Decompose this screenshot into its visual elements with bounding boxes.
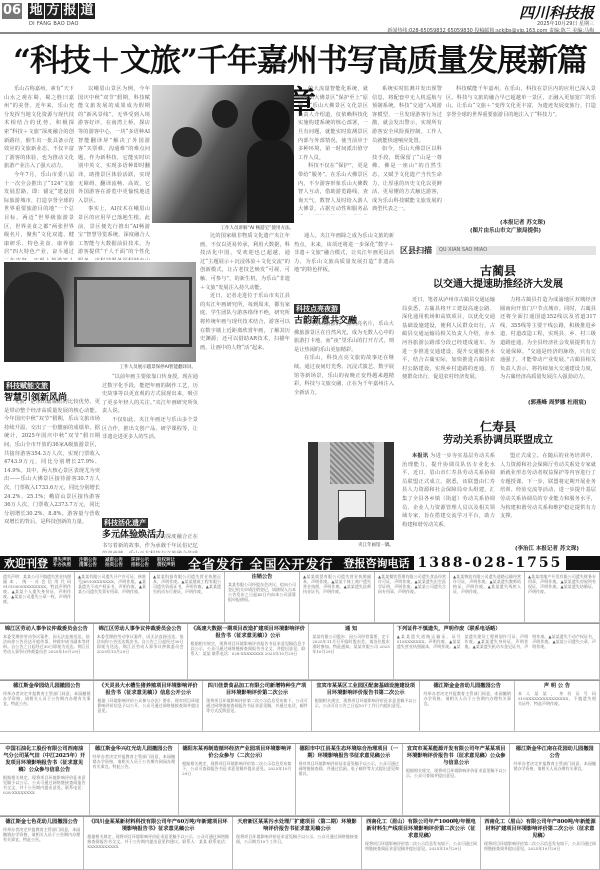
paragraph-text: 为进一步夯实基层劳动关系治理能力，提升协调员队伍专业化水平，近日，眉山市仁寿县劳… <box>402 453 495 528</box>
photo-jiajiang-painting-hall <box>308 442 394 540</box>
person-shape <box>252 100 290 142</box>
page-number: 06 <box>2 3 22 19</box>
article-credit: (李治江 本报记者 苏文琛) <box>515 544 579 552</box>
paragraph: 本报讯 为进一步夯实基层劳动关系治理能力，提升协调员队伍专业化水平，近日，眉山市… <box>402 452 495 529</box>
public-notice: 《天灵县大水槽生猪养殖项目环境影响评价报告书（征求意见稿）》信息公开公示根据《环… <box>94 681 203 732</box>
ad-body: 某某有限公司经股东会决议，拟向公司登记机关申请注销登记，请债权人自本公告发布之日… <box>228 582 296 602</box>
person-shape <box>212 100 238 128</box>
ad-category: 股权转让 债权声明 <box>156 558 182 568</box>
ad-body: 根据相关规定，现将项目环境影响评价第二次公示信息发布如下，公众可查阅报告书征求意… <box>182 761 291 776</box>
ad-banner: 欢迎刊登 遗失声明 补办执照 注销公告 清算公告 减资公告 拍卖公告 环评公示 … <box>0 556 600 570</box>
ad-body: 现将项目环境影响评价第二次公示信息发布如下，公众可通过网络链接查阅报告书征求意见… <box>206 698 308 713</box>
public-notice: 锦江区劳动人事争议仲裁委员会公告本委受理的劳动争议案件，因无法直接送达，依法向你… <box>94 624 188 680</box>
subsection-tag: 科技活化遗产 <box>102 518 148 528</box>
paragraph: 事实上，AI技术在峨眉山景区的应用早已落地生根。此前，景区便先行推出“AI畅游宝… <box>78 205 150 260</box>
ad-title: 德阳市中江县某生态环境综合治理项目（一期）环境影响报告书征求意见稿公示 <box>299 746 399 760</box>
ad-title: 注销公告 <box>228 574 296 581</box>
mid-column-3: 通人。夹江年画除之成为乐山文旅的新热点，未来，该项还将进一步深化“数字＋非遗＋文… <box>294 232 394 294</box>
ad-phone-number: 1388-028-1755 <box>414 556 567 570</box>
paragraph: 文旅，是乐山最耀眼的比较优势，更是带动整个经济高质量发展的核心动能。今年国庆中秋… <box>4 398 100 527</box>
public-notice: 声 明 公 告本人某某，身份证号码510XXXXXXXXXXXXXXX，不慎遗失… <box>515 681 600 732</box>
ad-body: 根据相关规定，现将项目环境影响评价征求意见稿予以公示，公众可自公告之日起10个工… <box>315 698 417 708</box>
photo-caption: 夹江年画馆一隅。 <box>308 542 394 548</box>
section-char: 地 <box>28 3 44 19</box>
lead-article-col3: 的大流量智能化系统，就是乐山大佛景区“保护至上”原则。“乐山大佛景区文化景区负责… <box>298 85 368 215</box>
paragraph: 在乐山，科技点亮文旅的故事还在继续。通过夜间灯光秀、沉浸式演艺、数字展馆等新场景… <box>294 354 394 397</box>
ad-category: 环评公示 招标公告 <box>130 558 156 568</box>
classified-ad: 遗失声明：某某公司不慎遗失营业执照副本，统一社会信用代码91510000XXXX… <box>0 572 75 623</box>
county-article-col1: 近日，笔者从泸州市古蔺县交通运输局获悉，古蔺县将开工建设高速公路、深化通用机场和… <box>402 296 495 406</box>
ad-title: 中国石油化工股份有限公司西南油气分公司某气田（中江2025年）开发项目环境影响报… <box>3 746 86 774</box>
county-article-col2: 力将古蔺县打造为成渝地区双城经济圈南向开放门户节点城市。同时，古蔺县还将全面打通… <box>500 296 596 396</box>
classified-ad: ▲某某有限公司遗失开户许可证，核准号J6510XXXXXXX，声明作废。▲某某遗… <box>75 572 150 623</box>
public-notice: 宜宾市某某区工业园区配套基础设施建设项目环境影响评价报告书第二次公示根据相关规定… <box>312 681 421 732</box>
section-char: 道 <box>79 3 95 19</box>
classified-ad: 注销公告某某有限公司经股东会决议，拟向公司登记机关申请注销登记，请债权人自本公告… <box>225 572 300 623</box>
paragraph: 通人。夹江年画除之成为乐山文旅的新热点，未来，该项还将进一步深化“数字＋非遗＋文… <box>294 232 394 275</box>
article-title-line1: 古蔺县 <box>400 264 596 278</box>
ad-title: 天府新区某某污水处理厂扩建项目（第二期）环境影响评价报告书征求意见稿公示 <box>236 819 358 833</box>
article-title-line2: 劳动关系协调员联盟成立 <box>400 435 596 447</box>
subsection-body: 文旅，是乐山最耀眼的比较优势，更是带动整个经济高质量发展的核心动能。今年国庆中秋… <box>4 398 100 553</box>
ad-title: 德江斯金华兴红光幼儿园撤园公告 <box>93 746 176 753</box>
ad-banner-label: 欢迎刊登 <box>0 556 52 570</box>
ad-title: 宜宾市某某区工业园区配套基础设施建设项目环境影响评价报告书第二次公示 <box>315 683 417 697</box>
ad-body: 根据《环境影响评价公众参与办法》要求，现对项目环境影响评价信息予以公开，公众可通… <box>97 698 199 713</box>
ad-title: 德江斯金金音幼儿园撤园公告 <box>423 683 510 690</box>
ad-body: 现对项目环境影响评价征求意见稿予以公示，公众可通过网络链接查阅，并通过信函、电子… <box>299 761 399 776</box>
paragraph: 科技不仅在“保护”，更是带给“服务”。在乐山大佛景区内，不少游客形象乐山大佛数智… <box>298 162 368 215</box>
public-notice: 中国石油化工股份有限公司西南油气分公司某气田（中江2025年）开发项目环境影响报… <box>0 744 90 816</box>
ad-body: 本人某某，身份证号码510XXXXXXXXXXXXXXX，不慎遗失相关证件，特此… <box>518 691 596 706</box>
paragraph: 盟正式成立。在随后的业务培训中，人力资源和社会保障厅劳动关系处专家就新就业形态劳… <box>500 452 596 521</box>
public-notice: 下列证件不慎遗失，声明作废（联系电话略）▲某某遗失道路运输证，证号510XXXX… <box>394 624 600 680</box>
classified-ads-row: 锦江区劳动人事争议仲裁委员会公告本委受理的劳动争议案件，因无法直接送达，依法向你… <box>0 623 600 680</box>
ad-body: 经举办者决定并报教育主管部门同意，本园撤销办学资格，请相关人员于公告期内办理有关… <box>423 691 510 706</box>
paragraph: 近日，记者走进位于乐山市夹江县的夹江年画研究所，每到周末，都有家庭、学生团队与游… <box>200 292 290 352</box>
paragraph: 系统实时监测并发出预警信息，将配套中无人机巡航与预制系统。科技“交通”入境游客模… <box>372 85 442 145</box>
public-notice: 德阳市中江县某生态环境综合治理项目（一期）环境影响报告书征求意见稿公示现对项目环… <box>296 744 403 816</box>
public-notice: 天府新区某某污水处理厂扩建项目（第二期）环境影响评价报告书征求意见稿公示现将项目… <box>233 817 362 870</box>
ad-body: ▲某某餐饮管理有限公司遗失食品经营许可证，声明作废。▲某某遗失出生医学证明，声明… <box>378 574 446 594</box>
ad-phone-label: 登报咨询电话 <box>340 556 414 570</box>
lead-tag: 本报讯 <box>412 453 428 459</box>
ad-title: 西南化工（眉山）有限公司年产800吨/年新能源材料扩建项目环境影响评价第二次公示… <box>484 819 596 840</box>
ad-title: 锦江区劳动人事争议仲裁委员会公告 <box>3 626 90 633</box>
paragraph: 近日，笔者从泸州市古蔺县交通运输局获悉，古蔺县将开工建设高速公路、深化通用机场和… <box>402 296 495 382</box>
ad-body: 现将项目环境影响评价第二次公示信息发布如下，公众可通过网络链接查阅征求意见稿并提… <box>365 841 477 851</box>
ad-body: ▲某某物流有限公司遗失道路运输经营许可证，声明作废。▲某某遗失教师资格证，声明作… <box>453 574 521 594</box>
painting-shape <box>330 442 374 484</box>
ad-title: 宜宾市某某能源开发有限公司年产某某项目环境影响评价报告书（征求意见稿）公众参与信… <box>406 746 506 767</box>
photo-credit: (图片由乐山市文广旅局提供) <box>470 226 541 234</box>
masthead: 06 地 方 报 道 DI FANG BAO DAO 四川科技报 2025年10… <box>0 0 600 34</box>
ad-title: 德阳东某再制造循环经济产业园项目环境影响评价公众参与（二次公示） <box>182 746 291 760</box>
ad-body: 遗失声明：某某公司不慎遗失营业执照副本，统一社会信用代码91510000XXXX… <box>3 574 71 604</box>
person-shape <box>172 127 202 157</box>
ad-body: ▲某某商贸有限公司遗失营业执照副本，声明作废。▲某某个体工商户遗失营业执照，声明… <box>303 574 371 594</box>
lead-article-col5: 科技赋能千年嘉州，在乐山，科技在景区内的应用已深入景区。科技与文旅的融合早已超越… <box>446 85 596 215</box>
public-notice: 德江斯金金音幼儿园撤园公告经举办者决定并报教育主管部门同意，本园撤销办学资格，请… <box>420 681 514 732</box>
subsection-body: 在乐山，科技与文旅的深度融合正在书写着新的故事。作为承载千年民俗记忆的嘉州城，乐… <box>102 533 198 553</box>
article-title-line1: 仁寿县 <box>400 420 596 434</box>
paragraph: “以前年画主要依靠口传身授，现在通过数字化手段，能把年画的制作工艺、历史故事等以… <box>102 373 198 416</box>
ad-body: 根据相关规定，现将项目环境影响评价征求意见稿予以公示，公众可通过网络链接查阅报告… <box>3 775 86 795</box>
subsection-tag: 科技点亮夜游 <box>294 304 340 314</box>
lead-article-col1: 乐山古称嘉州，素有“天下山水之观在蜀，蜀之胜曰嘉州”的美誉。近年来，乐山充分发挥… <box>4 85 74 260</box>
ad-body: 本委受理的劳动争议案件，因无法直接送达，依法向你公告送达裁决书。自公告之日起经过… <box>97 634 184 654</box>
public-notice: 德江斯金华江南在花园幼儿园撤园公告经举办者决定并报教育主管部门同意，本园撤销办学… <box>510 744 600 816</box>
ad-body: ▲某某有限公司遗失开户许可证，核准号J6510XXXXXXX，声明作废。▲某某遗… <box>78 574 146 594</box>
paragraph: 的大流量智能化系统，就是乐山大佛景区“保护至上”原则。“乐山大佛景区文化景区负责… <box>298 85 368 162</box>
photo-caption: 工作人员展示越景保停AI智能翻译屏。 <box>4 364 196 370</box>
public-notice: 宜宾市某某能源开发有限公司年产某某项目环境影响评价报告书（征求意见稿）公众参与信… <box>403 744 510 816</box>
classified-ad: ▲某某物流有限公司遗失道路运输经营许可证，声明作废。▲某某遗失教师资格证，声明作… <box>450 572 525 623</box>
contact-info: 新闻热线:028-65059832 65059830 投稿邮箱:sckjbs@v… <box>387 27 594 34</box>
person-shape <box>247 140 294 223</box>
ad-title: 西南化工（眉山）有限公司年产1000吨/年锂电新材料生产线项目环境影响评价第二次… <box>365 819 477 840</box>
classified-ad: ▲某某科技有限公司遗失营业执照正本，声明作废。▲某某建筑工程有限公司遗失资质证书… <box>150 572 225 623</box>
mid-column-2: 比的国家级非物质文化遗产夹江年画，不仅以更易传承，利用大数据，科技活化中国，受欢… <box>200 232 290 554</box>
ad-body: 经举办者决定并报教育主管部门同意，本园撤销办学资格，请相关人员于公告期内到园办理… <box>93 754 176 769</box>
ad-title: 德江斯金华江南在花园幼儿园撤园公告 <box>513 746 596 760</box>
section-title: 地 方 报 道 <box>28 3 95 19</box>
public-notice: 西南化工（眉山）有限公司年产800吨/年新能源材料扩建项目环境影响评价第二次公示… <box>481 817 600 870</box>
paragraph: 如今，乐山大佛景区以科技手段，既保留了“山是一尊佛，佛是一座山”的自然生态，又赋… <box>372 145 442 214</box>
article-title-line2: 以交通大提速助推经济大发展 <box>400 279 596 291</box>
public-notice: 德江斯金七色花幼儿园撤园公告经举办者决定并报教育主管部门同意，本园撤销办学资格，… <box>0 817 84 870</box>
photo-caption: 工作人员讲解“AI 畅游宝”使用方法。 <box>152 225 294 231</box>
ad-body: 某某有限公司股东：因公司经营需要，定于2025年11月召开临时股东会，请各位股东… <box>312 634 389 654</box>
ad-title: 德江斯金七色花幼儿园撤园公告 <box>3 819 80 826</box>
section-pinyin: DI FANG BAO DAO <box>29 21 79 27</box>
classified-ad: ▲某某商贸有限公司遗失营业执照副本，声明作废。▲某某个体工商户遗失营业执照，声明… <box>300 572 375 623</box>
ad-body: ▲某某遗失道路运输证，证号510XXXXXXX，声明作废。▲某某遗失营业执照副本… <box>397 634 596 649</box>
ad-body: 经举办者决定并报教育主管部门同意，本园撤销办学资格，请相关人员办理有关事宜。 <box>513 761 596 771</box>
ad-body: 现将项目环境影响评价征求意见稿予以公示，公众可通过网络链接查阅，公示期为10个工… <box>236 834 358 844</box>
classified-ads-row: 德江斯金七色花幼儿园撤园公告经举办者决定并报教育主管部门同意，本园撤销办学资格，… <box>0 816 600 870</box>
paragraph: 作为乐山旅游的一张响亮名片，乐山大佛旅游景区在自然风光，成为无数人心中的旅游打卡… <box>294 320 394 354</box>
county-sweep-header: 区县扫描 QU XIAN SAO MIAO <box>400 245 596 256</box>
county-sweep-pinyin: QU XIAN SAO MIAO <box>436 246 596 255</box>
paragraph: 不仅如此，夹江年画还与乐山多个景区合作，推出文创产品、研学课程等，让非遗走进更多… <box>102 416 198 442</box>
ad-body: 经举办者决定并报教育主管部门同意，本园撤销办学资格，请相关人员于公告期内办理有关… <box>3 827 80 842</box>
public-notice: 《四川金某某新材料科技有限公司年产60万吨/年新建项目环境影响报告书》征求意见稿… <box>84 817 233 870</box>
photo-ai-guide-demo <box>152 85 294 223</box>
public-notice: 西南化工（眉山）有限公司年产1000吨/年锂电新材料生产线项目环境影响评价第二次… <box>362 817 481 870</box>
ad-title: 通 知 <box>312 626 389 633</box>
ad-title: 德江斯金帝园幼儿园撤园公告 <box>3 683 90 690</box>
paragraph: 以峨眉山景区为例，今年国庆中秋“双节”假期，科技赋能文旅发展的成果成为假期的“新… <box>78 85 150 205</box>
section-char: 报 <box>62 3 78 19</box>
section-char: 方 <box>45 3 61 19</box>
classified-ad: ▲某某房地产开发有限公司遗失财务专用章，声明作废。▲某某遗失房屋所有权证，声明作… <box>525 572 600 623</box>
classified-ads-row: 德江斯金帝园幼儿园撤园公告经举办者决定并报教育主管部门同意，本园撤销办学资格，请… <box>0 680 600 732</box>
subsection-body: 作为乐山旅游的一张响亮名片，乐山大佛旅游景区在自然风光，成为无数人心中的旅游打卡… <box>294 320 394 440</box>
county-article-col1: 本报讯 为进一步夯实基层劳动关系治理能力，提升协调员队伍专业化水平，近日，眉山市… <box>402 452 495 552</box>
ad-body: 根据相关规定，现将项目环境影响评价征求意见稿予以公示，公众可通过网络链接查阅报告… <box>87 834 229 849</box>
ad-slogan: 全省发行 全国公开发行 <box>182 556 340 570</box>
public-notice: 四川佳景食品加工有限公司新增特种生产项目环境影响评价第二次公示现将项目环境影响评… <box>203 681 312 732</box>
ad-category: 遗失声明 补办执照 <box>52 558 78 568</box>
pillar-shape <box>308 442 318 540</box>
paragraph: 比的国家级非物质文化遗产夹江年画，不仅以更易传承，利用大数据，科技活化中国，受欢… <box>200 232 290 292</box>
paragraph: 乐山古称嘉州，素有“天下山水之观在蜀，蜀之胜曰嘉州”的美誉。近年来，乐山充分发挥… <box>4 85 74 171</box>
screen-shape <box>74 277 192 347</box>
ad-title: 四川佳景食品加工有限公司新增特种生产项目环境影响评价第二次公示 <box>206 683 308 697</box>
paragraph: 科技赋能千年嘉州，在乐山，科技在景区内的应用已深入景区。科技与文旅的融合早已超越… <box>446 85 596 119</box>
ad-body: ▲某某科技有限公司遗失营业执照正本，声明作废。▲某某建筑工程有限公司遗失资质证书… <box>153 574 221 594</box>
shrub-shape <box>338 517 394 540</box>
public-notice: 通 知某某有限公司股东：因公司经营需要，定于2025年11月召开临时股东会，请各… <box>309 624 393 680</box>
classified-ads-row: 中国石油化工股份有限公司西南油气分公司某气田（中江2025年）开发项目环境影响报… <box>0 743 600 816</box>
ad-title: 《四川金某某新材料科技有限公司年产60万吨/年新建项目环境影响报告书》征求意见稿… <box>87 819 229 833</box>
ad-title: 下列证件不慎遗失，声明作废（联系电话略） <box>397 626 596 633</box>
ad-category: 减资公告 拍卖公告 <box>104 558 130 568</box>
ad-body: 经举办者决定并报教育主管部门同意，本园撤销办学资格，请相关人员于公告期内办理有关… <box>3 691 90 706</box>
ad-title: 《天灵县大水槽生猪养殖项目环境影响评价报告书（征求意见稿）》信息公开公示 <box>97 683 199 697</box>
county-sweep-label: 区县扫描 <box>400 245 432 256</box>
classified-ads-row: 遗失声明：某某公司不慎遗失营业执照副本，统一社会信用代码91510000XXXX… <box>0 571 600 623</box>
article-credit: (郭燕峰 周梦娜 杜雨宸) <box>528 398 586 406</box>
public-notice: 德江斯金帝园幼儿园撤园公告经举办者决定并报教育主管部门同意，本园撤销办学资格，请… <box>0 681 94 732</box>
ad-body: 现将项目环境影响评价第二次公示信息发布如下，公众可通过网络链接查阅并提出意见。2… <box>484 841 596 851</box>
ad-category: 注销公告 清算公告 <box>78 558 104 568</box>
ad-title: 锦江区劳动人事争议仲裁委员会公告 <box>97 626 184 633</box>
person-shape <box>4 272 64 362</box>
public-notice: 《高速大数据一期项目改造扩建项目环境影响评价报告书（征求意见稿）》公示根据相关规… <box>188 624 310 680</box>
ad-body: 根据相关规定，现将项目环境影响评价报告书征求意见稿信息予以公示，公众可通过网络链… <box>191 641 306 656</box>
lead-article-col4: 系统实时监测并发出预警信息，将配套中无人机巡航与预制系统。科技“交通”入境游客模… <box>372 85 442 215</box>
subsection-tag: 科技赋能文旅 <box>4 381 50 391</box>
classified-ad: ▲某某餐饮管理有限公司遗失食品经营许可证，声明作废。▲某某遗失出生医学证明，声明… <box>375 572 450 623</box>
public-notice: 德江斯金华兴红光幼儿园撤园公告经举办者决定并报教育主管部门同意，本园撤销办学资格… <box>90 744 180 816</box>
county-article-col2: 盟正式成立。在随后的业务培训中，人力资源和社会保障厅劳动关系处专家就新就业形态劳… <box>500 452 596 542</box>
paragraph: 力将古蔺县打造为成渝地区双城经济圈南向开放门户节点城市。同时，古蔺县还将全面打通… <box>500 296 596 382</box>
paragraph: 今年7月，乐山市委八届十一次全会推出了“124”文旅发展思路，即：锚定“建设国际… <box>4 171 74 260</box>
paragraph: 在乐山，科技与文旅的深度融合正在书写着新的故事。作为承载千年民俗记忆的嘉州城，乐… <box>102 533 198 553</box>
issue-date: 2025年10月29日 星期三 <box>537 20 594 27</box>
ad-body: 本委受理的劳动争议案件，因无法直接送达，依法向你公告送达开庭传票、仲裁申请书副本… <box>3 634 90 654</box>
public-notice: 锦江区劳动人事争议仲裁委员会公告本委受理的劳动争议案件，因无法直接送达，依法向你… <box>0 624 94 680</box>
lead-article-col2: 以峨眉山景区为例，今年国庆中秋“双节”假期，科技赋能文旅发展的成果成为假期的“新… <box>78 85 150 260</box>
ad-title: 《高速大数据一期项目改造扩建项目环境影响评价报告书（征求意见稿）》公示 <box>191 626 306 640</box>
article-credit: (本报记者 苏文琛) <box>500 218 545 226</box>
ad-title: 声 明 公 告 <box>518 683 596 690</box>
public-notice: 德阳东某再制造循环经济产业园项目环境影响评价公众参与（二次公示）根据相关规定，现… <box>179 744 295 816</box>
ad-body: ▲某某房地产开发有限公司遗失财务专用章，声明作废。▲某某遗失房屋所有权证，声明作… <box>528 574 596 594</box>
ad-body: 根据相关规定，现将项目环境影响评价征求意见稿予以公示，公众可查阅并提出意见。 <box>406 768 506 778</box>
mid-column-text: “以前年画主要依靠口传身授，现在通过数字化手段，能把年画的制作工艺、历史故事等以… <box>102 373 198 508</box>
photo-ai-translation-screen <box>4 262 196 362</box>
